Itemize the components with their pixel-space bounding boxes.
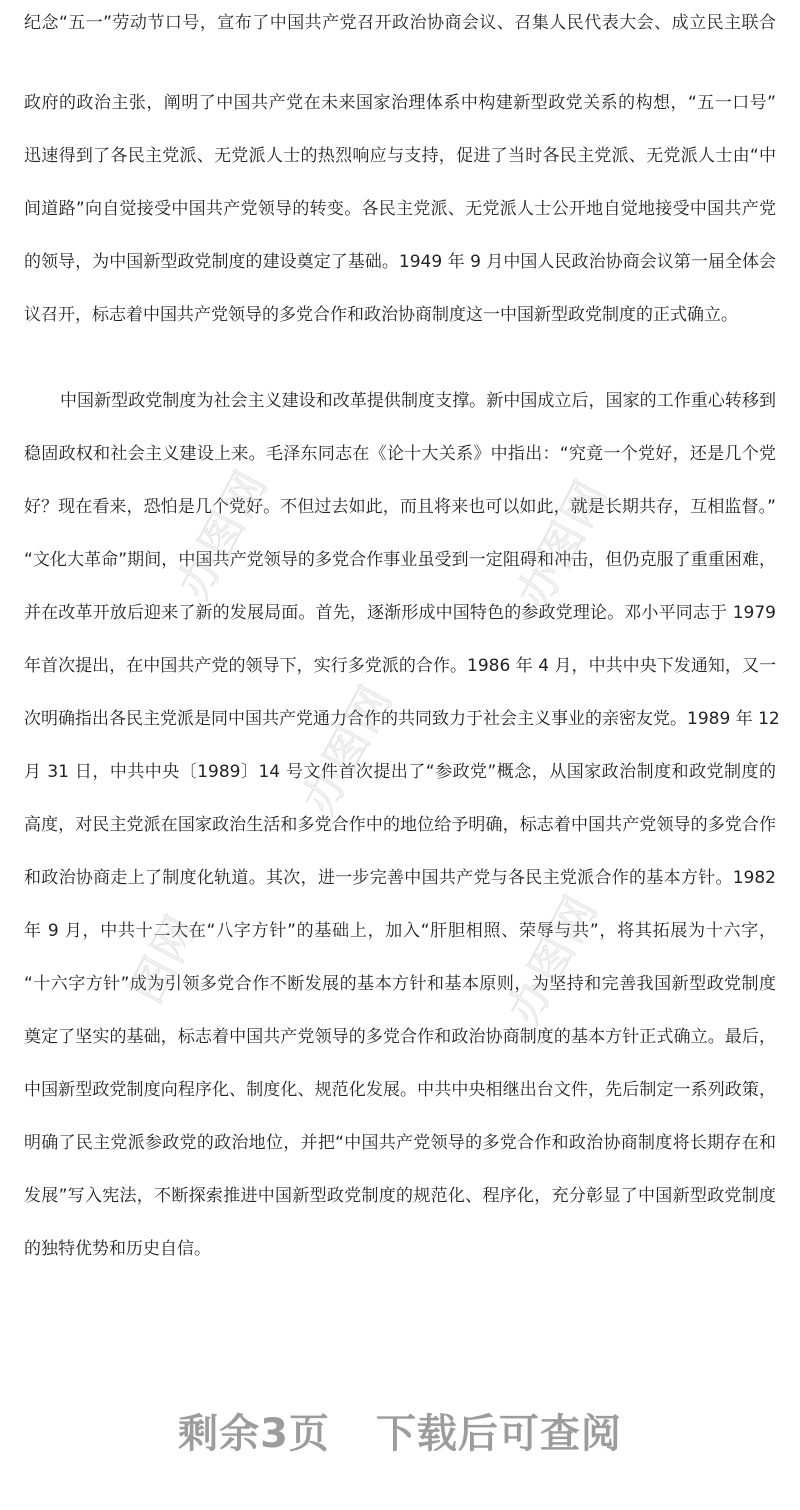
paragraph-2-line-16: 发展”写入宪法，不断探索推进中国新型政党制度的规范化、程序化，充分彰显了中国新型…	[24, 1181, 776, 1211]
paragraph-2-line-2: 稳固政权和社会主义建设上来。毛泽东同志在《论十大关系》中指出：“究竟一个党好，还…	[24, 439, 776, 469]
paragraph-2-line-1: 中国新型政党制度为社会主义建设和改革提供制度支撑。新中国成立后，国家的工作重心转…	[60, 386, 776, 416]
paragraph-1-line-3: 迅速得到了各民主党派、无党派人士的热烈响应与支持，促进了当时各民主党派、无党派人…	[24, 141, 776, 171]
paragraph-1-line-5: 的领导，为中国新型政党制度的建设奠定了基础。1949 年 9 月中国人民政治协商…	[24, 247, 776, 277]
paragraph-2-line-4: “文化大革命”期间，中国共产党领导的多党合作事业虽受到一定阻碍和冲击，但仍克服了…	[24, 545, 776, 575]
paragraph-1-line-4: 间道路”向自觉接受中国共产党领导的转变。各民主党派、无党派人士公开地自觉地接受中…	[24, 194, 776, 224]
watermark: 办图网	[488, 881, 609, 1033]
paragraph-2-line-3: 好？现在看来，恐怕是几个党好。不但过去如此，而且将来也可以如此，就是长期共存，互…	[24, 492, 776, 522]
paragraph-2-line-15: 明确了民主党派参政党的政治地位，并把“中国共产党领导的多党合作和政治协商制度将长…	[24, 1128, 776, 1158]
paragraph-2-line-11: 年 9 月，中共十二大在“八字方针”的基础上，加入“肝胆相照、荣辱与共”，将其拓…	[24, 916, 776, 946]
remaining-pages-label: 剩余3页	[178, 1411, 330, 1457]
paragraph-2-line-17: 的独特优势和历史自信。	[24, 1234, 776, 1264]
paragraph-2-line-13: 奠定了坚实的基础，标志着中国共产党领导的多党合作和政治协商制度的基本方针正式确立…	[24, 1022, 776, 1052]
paragraph-1-line-6: 议召开，标志着中国共产党领导的多党合作和政治协商制度这一中国新型政党制度的正式确…	[24, 300, 776, 330]
paragraph-2-line-12: “十六字方针”成为引领多党合作不断发展的基本方针和基本原则，为坚持和完善我国新型…	[24, 969, 776, 999]
paragraph-2-line-14: 中国新型政党制度向程序化、制度化、规范化发展。中共中央相继出台文件，先后制定一系…	[24, 1075, 776, 1105]
download-to-view-label[interactable]: 下载后可查阅	[376, 1411, 622, 1457]
paragraph-2-line-7: 次明确指出各民主党派是同中国共产党通力合作的共同致力于社会主义事业的亲密友党。1…	[24, 704, 776, 734]
document-page: 纪念“五一”劳动节口号，宣布了中国共产党召开政治协商会议、召集人民代表大会、成立…	[0, 0, 800, 1510]
watermark: 办图网	[498, 466, 619, 618]
paragraph-2-line-5: 并在改革开放后迎来了新的发展局面。首先，逐渐形成中国特色的参政党理论。邓小平同志…	[24, 598, 776, 628]
paragraph-1-line-2: 政府的政治主张，阐明了中国共产党在未来国家治理体系中构建新型政党关系的构想，“五…	[24, 88, 776, 118]
paragraph-2-line-6: 年首次提出，在中国共产党的领导下，实行多党派的合作。1986 年 4 月，中共中…	[24, 651, 776, 681]
paragraph-2-line-10: 和政治协商走上了制度化轨道。其次，进一步完善中国共产党与各民主党派合作的基本方针…	[24, 863, 776, 893]
remaining-pages-banner[interactable]: 剩余3页下载后可查阅	[0, 1408, 800, 1460]
paragraph-2-line-8: 月 31 日，中共中央〔1989〕14 号文件首次提出了“参政党”概念，从国家政…	[24, 757, 776, 787]
paragraph-1-line-1: 纪念“五一”劳动节口号，宣布了中国共产党召开政治协商会议、召集人民代表大会、成立…	[24, 8, 776, 38]
watermark: 办图网	[283, 671, 404, 823]
watermark: 办图网	[158, 456, 279, 608]
paragraph-2-line-9: 高度，对民主党派在国家政治生活和多党合作中的地位给予明确，标志着中国共产党领导的…	[24, 810, 776, 840]
